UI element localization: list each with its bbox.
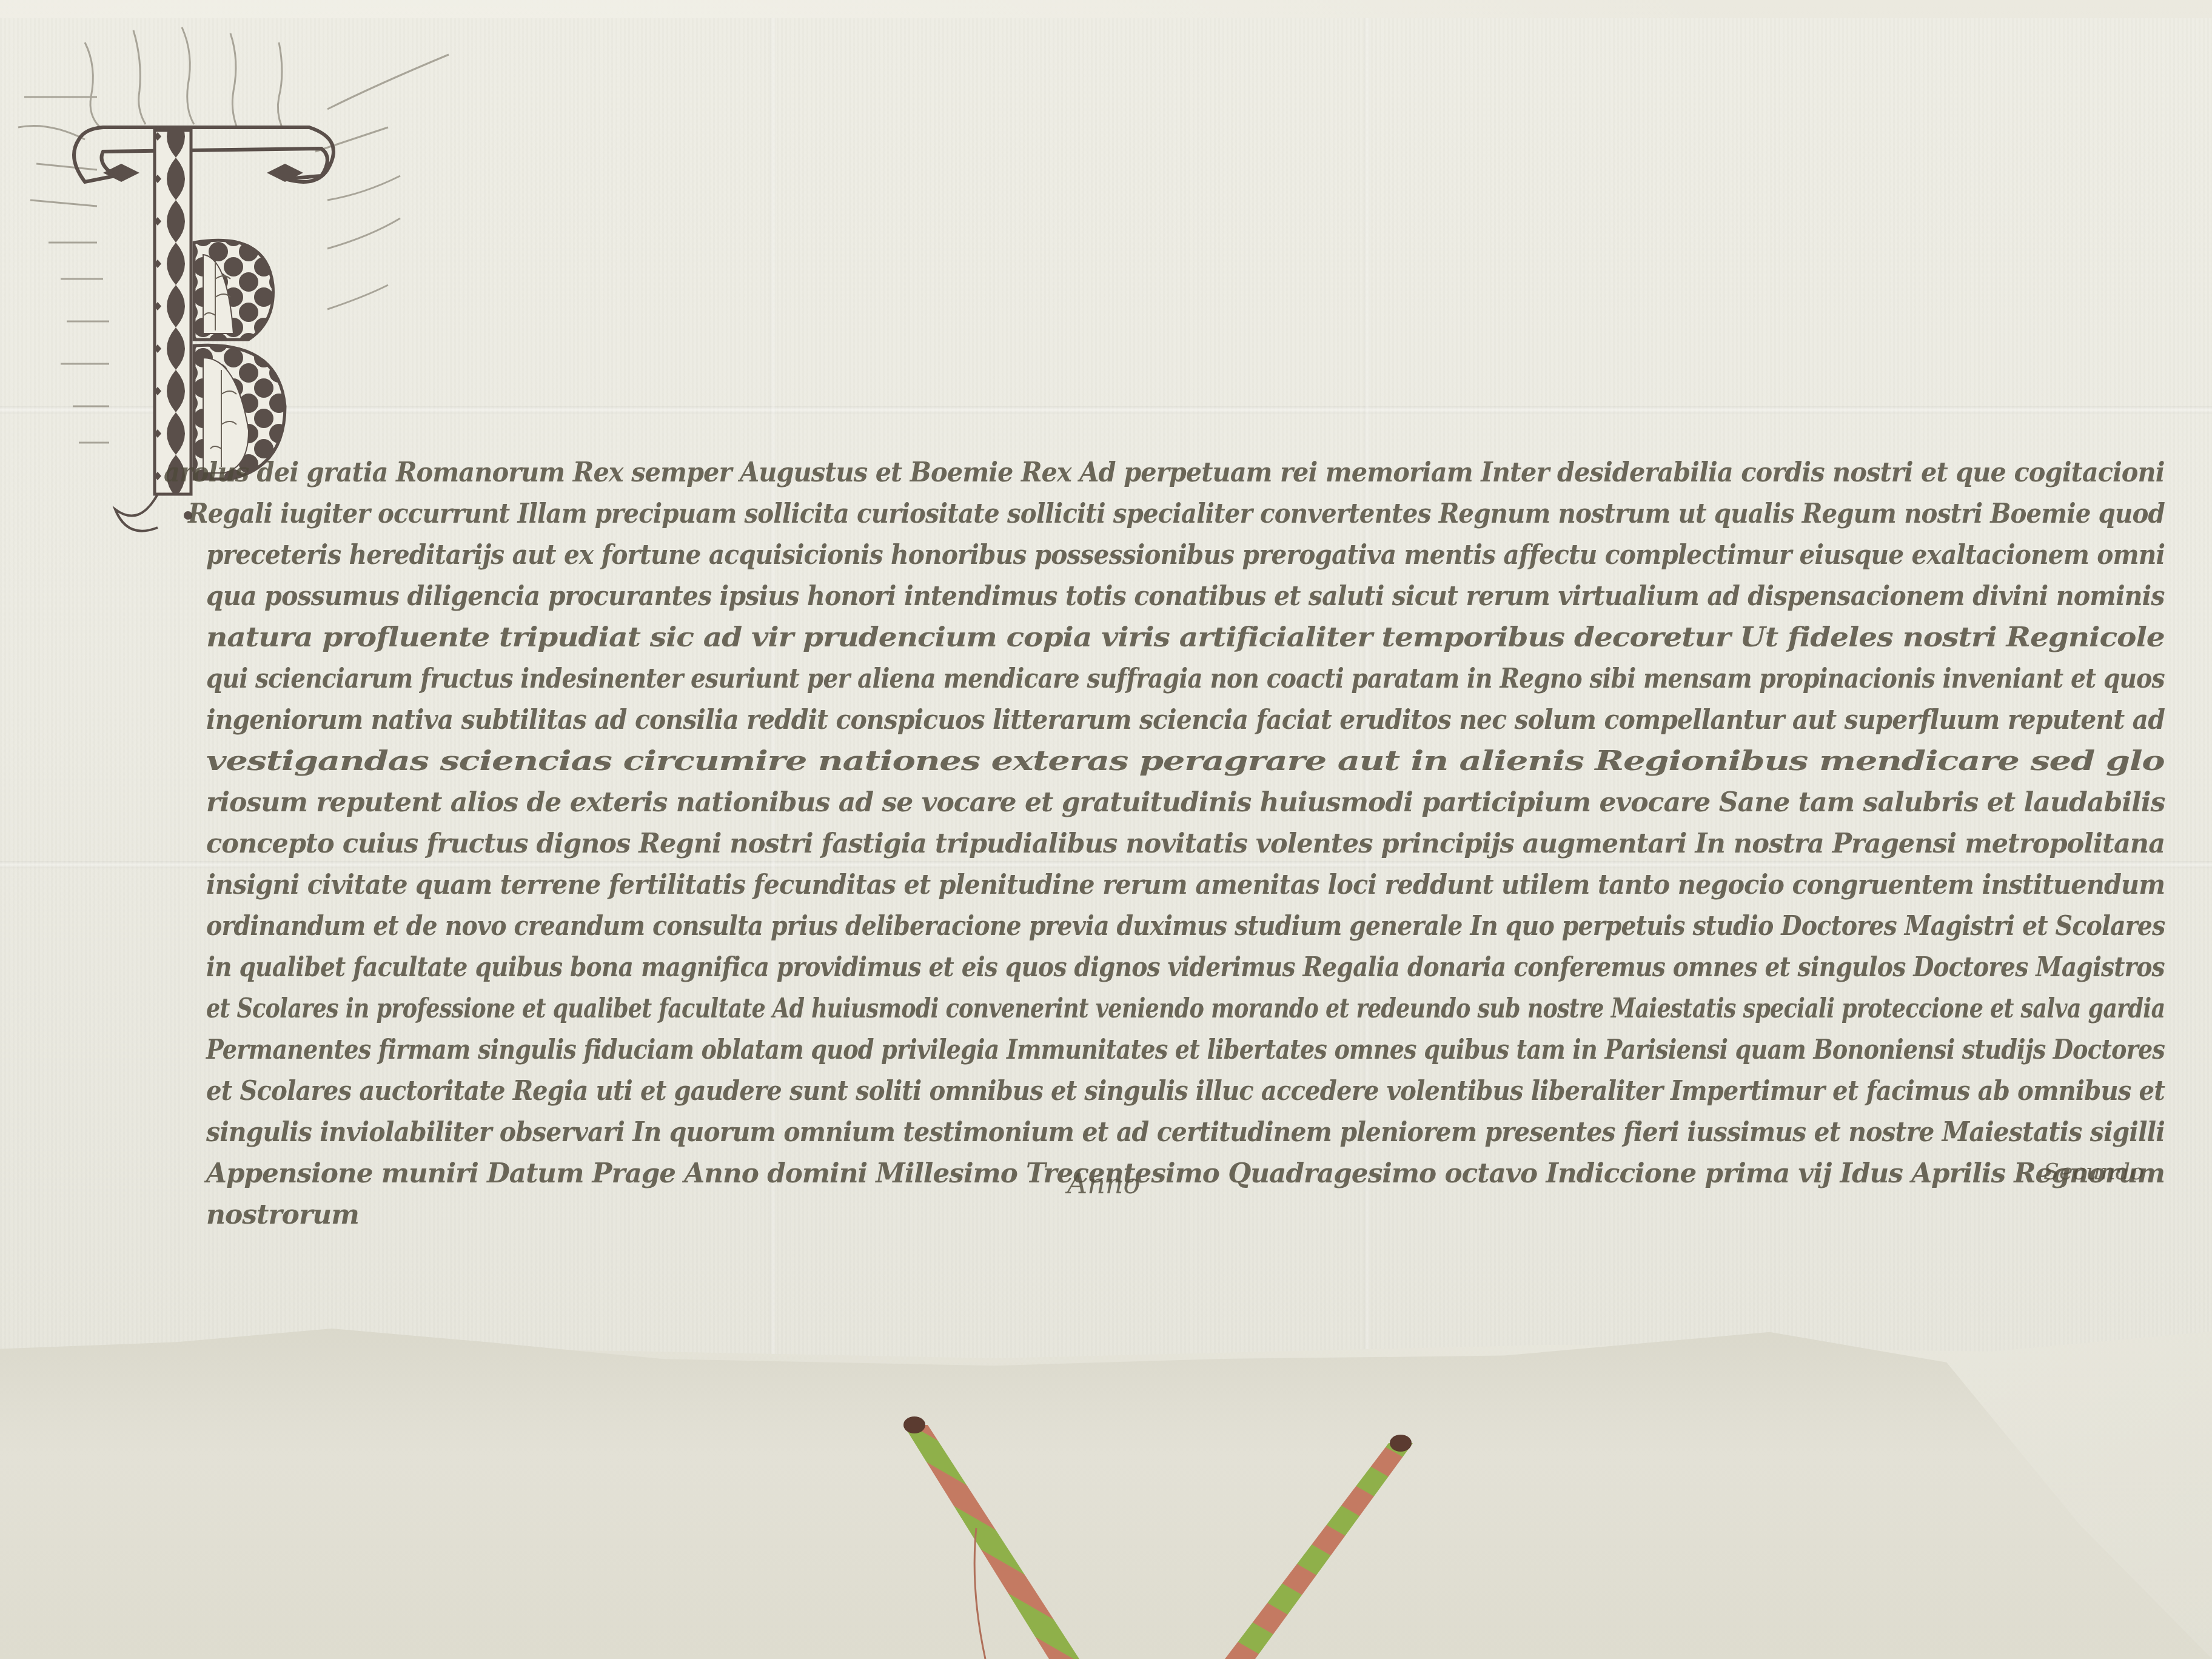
text-line: Appensione muniri Datum Prage Anno domin… [206,1159,2165,1189]
text-line: ordinandum et de novo creandum consulta … [206,911,2165,942]
text-line: Permanentes firmam singulis fiduciam obl… [206,1035,2165,1065]
text-line: et Scolares in professione et qualibet f… [206,994,2165,1024]
closing-secundo: Secundo [2043,1158,2144,1185]
text-line: singulis inviolabiliter observari In quo… [206,1118,2165,1148]
text-line: in qualibet facultate quibus bona magnif… [206,953,2165,983]
text-line: et Scolares auctoritate Regia uti et gau… [206,1076,2165,1107]
text-line: qui scienciarum fructus indesinenter esu… [206,664,2165,694]
text-line: ingeniorum nativa subtilitas ad consilia… [206,705,2165,736]
text-line: nostrorum [206,1200,359,1230]
text-line: natura profluente tripudiat sic ad vir p… [206,623,2165,653]
seal-cords [879,1407,1425,1659]
text-line: Regali iugiter occurrunt Illam precipuam… [188,499,2165,529]
text-line: riosum reputent alios de exteris nationi… [206,788,2165,818]
text-line: qua possumus diligencia procurantes ipsi… [206,581,2165,612]
text-line: preceteris hereditarijs aut ex fortune a… [206,540,2165,571]
fold-line [0,861,2212,868]
text-line: vestigandas sciencias circumire nationes… [206,746,2165,777]
text-line: arolus dei gratia Romanorum Rex semper A… [164,458,2165,488]
text-line: concepto cuius fructus dignos Regni nost… [206,829,2165,859]
closing-anno: Anno [1067,1167,1140,1200]
text-line: insigni civitate quam terrene fertilitat… [206,870,2165,900]
